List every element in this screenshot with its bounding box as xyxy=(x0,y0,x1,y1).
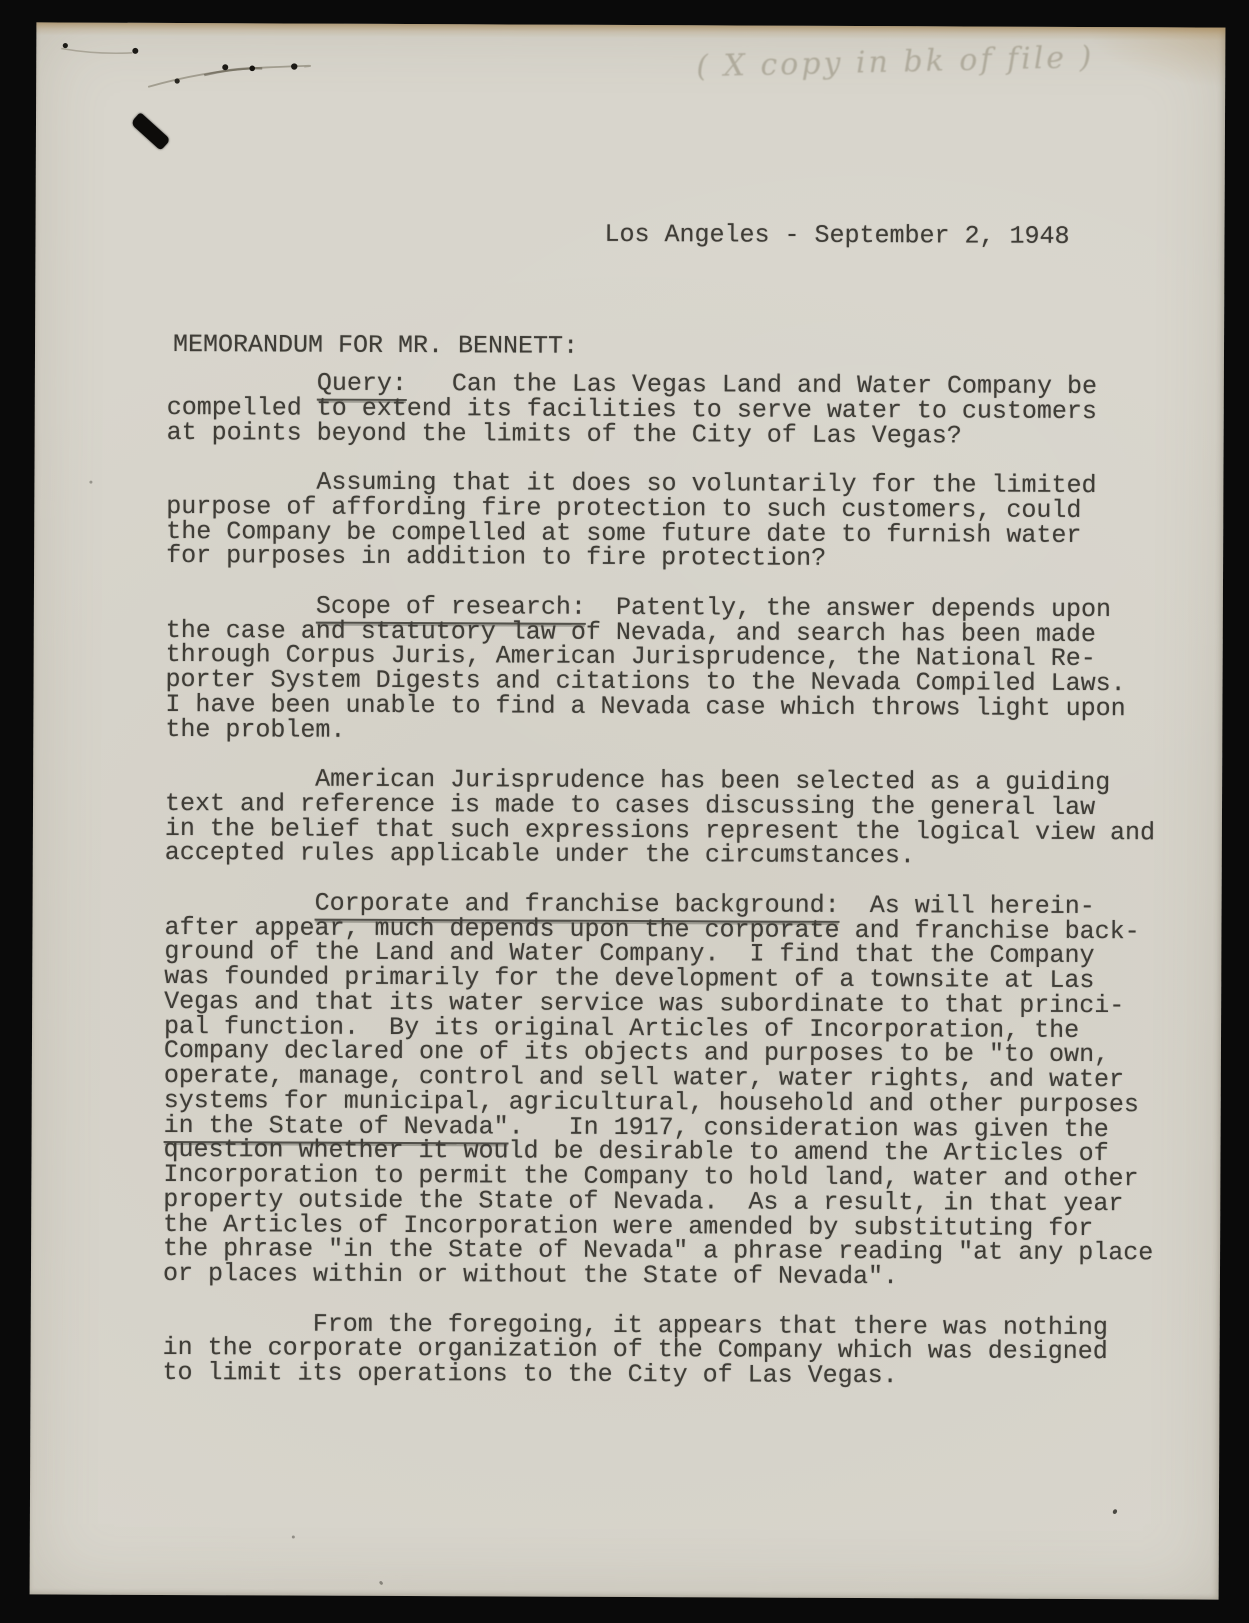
paragraph: Scope of research: Patently, the answer … xyxy=(165,594,1156,747)
paper-speck xyxy=(379,1580,384,1585)
paragraph: Corporate and franchise background: As w… xyxy=(163,891,1155,1291)
paper-speck xyxy=(89,481,92,484)
paragraph: American Jurisprudence has been selected… xyxy=(165,767,1156,870)
pencil-annotation: ( X copy in bk of file ) xyxy=(696,39,1127,84)
paragraph: From the foregoing, it appears that ther… xyxy=(162,1311,1152,1390)
staple-holes-and-scribble xyxy=(36,22,376,113)
document-body: Query: Can the Las Vegas Land and Water … xyxy=(162,371,1157,1415)
document-page: ( X copy in bk of file ) Los Angeles - S… xyxy=(30,22,1226,1599)
dateline: Los Angeles - September 2, 1948 xyxy=(604,223,1069,250)
scan-background: { "page": { "background_color": "#0a0a0a… xyxy=(0,0,1249,1623)
paper-speck xyxy=(292,1536,295,1539)
paper-speck xyxy=(1112,1508,1118,1514)
paragraph: Assuming that it does so voluntarily for… xyxy=(166,470,1157,573)
paragraph: Query: Can the Las Vegas Land and Water … xyxy=(167,371,1157,450)
memo-heading: MEMORANDUM FOR MR. BENNETT: xyxy=(173,333,578,360)
black-ink-mark xyxy=(130,112,170,151)
